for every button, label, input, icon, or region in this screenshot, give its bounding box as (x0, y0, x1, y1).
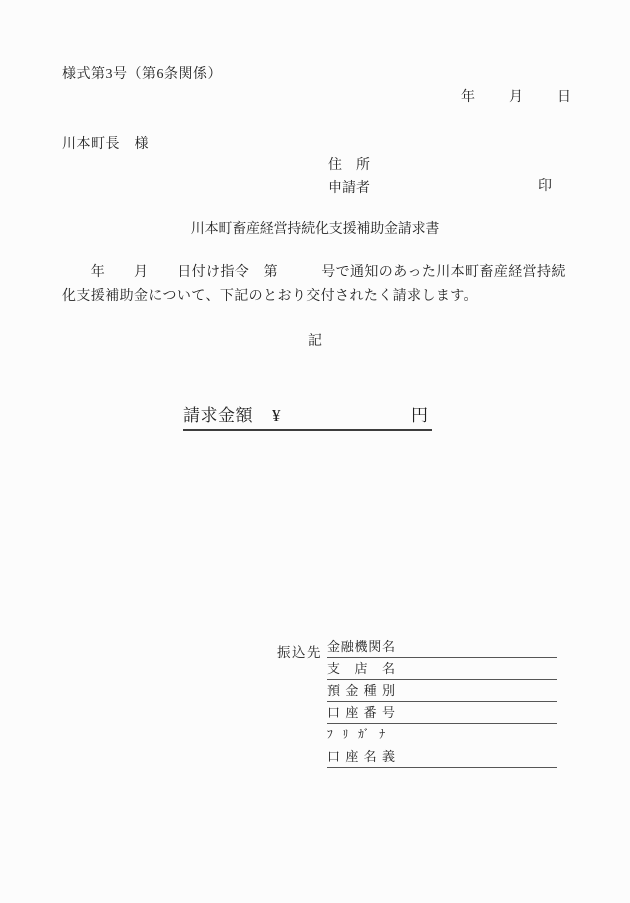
bank-row-account-holder: 口座名義 (327, 746, 557, 768)
address-label: 住 所 (328, 154, 370, 174)
amount-line: 請求金額 ¥ 円 (183, 401, 432, 431)
bank-row-label: 支店名 (327, 658, 395, 677)
bank-row-branch-name: 支店名 (327, 658, 557, 680)
document-title: 川本町畜産経営持続化支援補助金請求書 (0, 218, 630, 238)
applicant-label: 申請者 (328, 177, 370, 197)
body-paragraph: 年 月 日付け指令 第 号で通知のあった川本町畜産経営持続 化支援補助金について… (62, 261, 582, 308)
bank-row-label: 金融機関名 (327, 636, 395, 655)
bank-row-label: 口座番号 (327, 702, 395, 721)
bank-details: 金融機関名 支店名 預金種別 口座番号 ﾌﾘｶﾞﾅ 口座名義 (327, 636, 557, 768)
note-mark: 記 (0, 330, 630, 350)
bank-section-label: 振込先 (277, 641, 322, 661)
bank-row-furigana: ﾌﾘｶﾞﾅ (327, 724, 557, 746)
date-day-label: 日 (557, 86, 571, 106)
form-number: 様式第3号（第6条関係） (62, 63, 222, 83)
bank-row-account-number: 口座番号 (327, 702, 557, 724)
bank-row-label: ﾌﾘｶﾞﾅ (327, 726, 395, 742)
addressee: 川本町長 様 (62, 133, 149, 153)
amount-label: 請求金額 (183, 401, 253, 426)
bank-row-label: 口座名義 (327, 746, 395, 765)
body-line: 年 月 日付け指令 第 号で通知のあった川本町畜産経営持続 (62, 261, 582, 285)
seal-mark: 印 (538, 175, 552, 195)
amount-unit: 円 (411, 401, 428, 426)
bank-row-deposit-type: 預金種別 (327, 680, 557, 702)
currency-symbol: ¥ (272, 406, 281, 426)
date-year-label: 年 (461, 86, 475, 106)
date-line: 年 月 日 (461, 86, 571, 106)
bank-row-label: 預金種別 (327, 680, 395, 699)
bank-row-financial-institution: 金融機関名 (327, 636, 557, 658)
form-page: 様式第3号（第6条関係） 年 月 日 川本町長 様 住 所 申請者 印 川本町畜… (0, 0, 630, 903)
date-month-label: 月 (509, 86, 523, 106)
body-line: 化支援補助金について、下記のとおり交付されたく請求します。 (62, 285, 582, 309)
